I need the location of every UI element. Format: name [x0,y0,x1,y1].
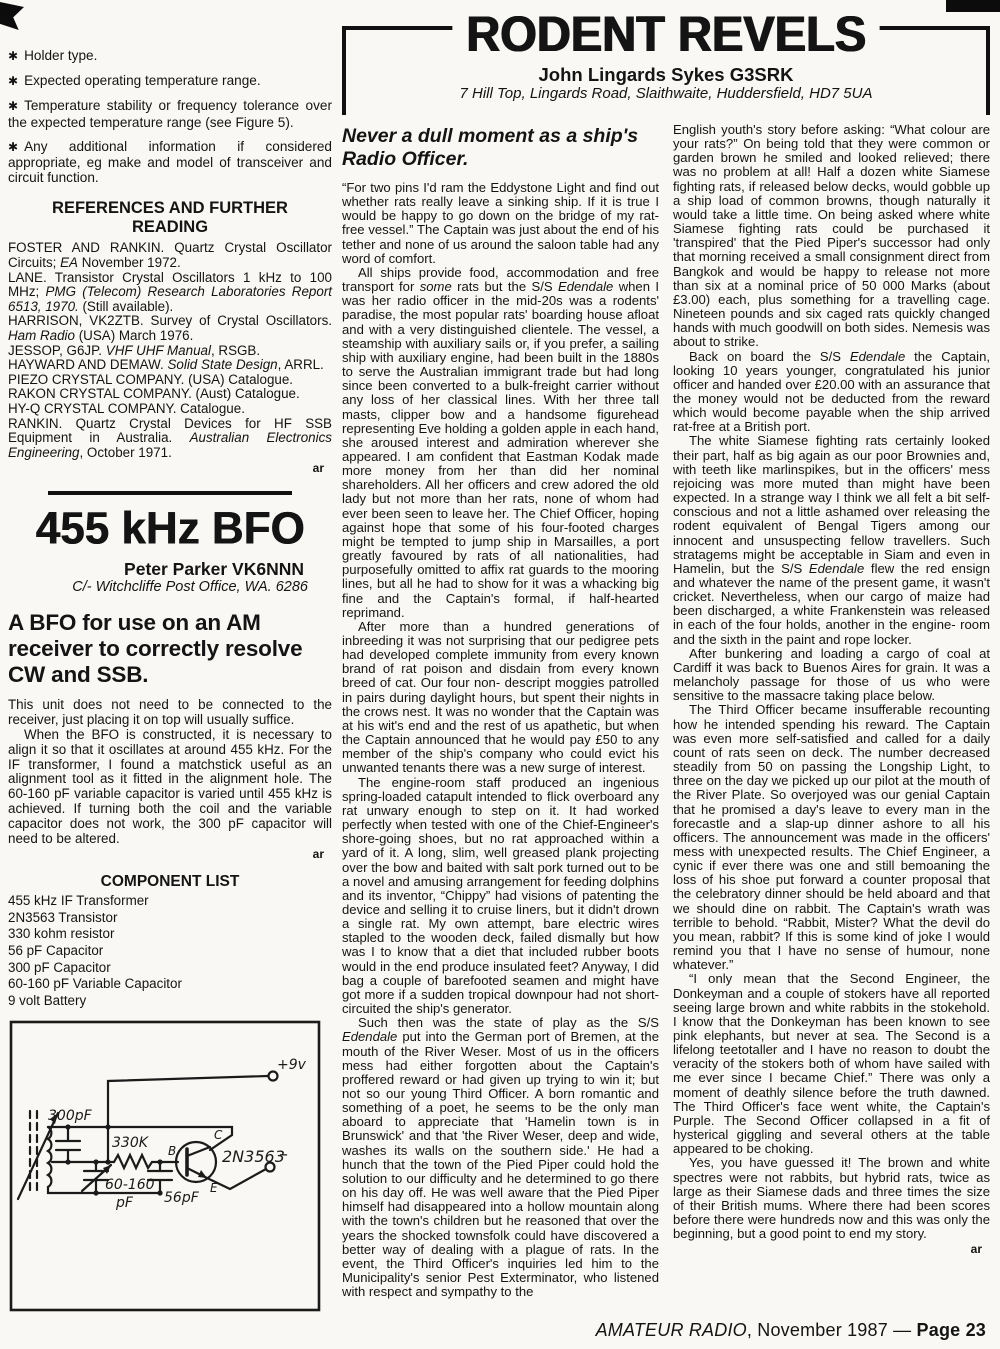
reference-entry: PIEZO CRYSTAL COMPANY. (USA) Catalogue. [8,373,332,388]
footer-page-number: Page 23 [917,1320,986,1340]
article-paragraph: After more than a hundred generations of… [342,620,659,776]
emitter-arrowhead [198,1170,207,1178]
bfo-standfirst: A BFO for use on an AM receiver to corre… [8,610,332,688]
article-area: RODENT REVELS John Lingards Sykes G3SRK … [342,0,990,1349]
article-paragraph: “I only mean that the Second Engineer, t… [673,972,990,1156]
reference-entry: LANE. Transistor Crystal Oscillators 1 k… [8,271,332,315]
page-footer: AMATEUR RADIO, November 1987 — Page 23 [596,1320,986,1341]
component-list: 455 kHz IF Transformer 2N3563 Transistor… [8,893,332,1009]
diagram-label-60-160: 60-160 [105,1177,155,1193]
reference-entry: RAKON CRYSTAL COMPANY. (Aust) Catalogue. [8,387,332,402]
bullet-item: ✱Any additional information if considere… [8,139,332,186]
headline-row: RODENT REVELS [342,10,990,60]
asterisk-bullet-icon: ✱ [8,99,24,113]
reference-entry: HAYWARD AND DEMAW. Solid State Design, A… [8,358,332,373]
end-mark: ar [673,1243,990,1256]
footer-magazine-name: AMATEUR RADIO [596,1320,747,1340]
references-heading-line1: REFERENCES AND FURTHER [52,199,288,217]
end-mark: ar [8,462,332,475]
article-paragraph: Such then was the state of play as the S… [342,1016,659,1299]
article-paragraph: “For two pins I'd ram the Eddystone Ligh… [342,181,659,266]
bfo-article-title: 455 kHz BFO [8,504,332,554]
capacitor-arrowhead [103,1165,111,1174]
references-heading-line2: READING [132,218,208,236]
article-paragraph: After bunkering and loading a cargo of c… [673,647,990,704]
article-paragraph: The Third Officer became insufferable re… [673,703,990,972]
section-divider-rule [48,491,292,495]
article-paragraph: The engine-room staff produced an ingeni… [342,776,659,1017]
article-subheading: Never a dull moment as a ship's Radio Of… [342,125,659,171]
circuit-diagram: +9v – 300pF 330K B C E 2N3563 60-160 pF … [8,1019,332,1313]
diagram-label-emitter: E [210,1181,218,1195]
reference-entry: RANKIN. Quartz Crystal Devices for HF SS… [8,417,332,461]
component-list-heading: COMPONENT LIST [8,873,332,891]
article-paragraph: All ships provide food, accommodation an… [342,266,659,620]
references-heading: REFERENCES AND FURTHER READING [8,199,332,237]
diagram-label-collector: C [214,1128,223,1142]
bullet-item: ✱Holder type. [8,48,332,64]
reference-entry: HY-Q CRYSTAL COMPANY. Catalogue. [8,402,332,417]
component-item: 60-160 pF Variable Capacitor [8,976,332,993]
bfo-paragraph: This unit does not need to be connected … [8,698,332,728]
references-list: FOSTER AND RANKIN. Quartz Crystal Oscill… [8,241,332,460]
bullet-text: Expected operating temperature range. [24,73,261,88]
asterisk-bullet-icon: ✱ [8,140,24,154]
bullet-item: ✱Expected operating temperature range. [8,73,332,89]
article-columns: Never a dull moment as a ship's Radio Of… [342,123,990,1349]
component-item: 330 kohm resistor [8,926,332,943]
diagram-label-transistor: 2N3563 [222,1147,285,1166]
bullet-item: ✱Temperature stability or frequency tole… [8,98,332,129]
asterisk-bullet-icon: ✱ [8,49,24,63]
diagram-label-base: B [168,1144,176,1158]
byline-author: John Lingards Sykes G3SRK [356,64,976,85]
capacitor-300pf [56,1127,80,1162]
article-paragraph: English youth's story before asking: “Wh… [673,123,990,350]
article-paragraph: Back on board the S/S Edendale the Capta… [673,350,990,435]
end-mark: ar [8,848,332,861]
left-column: ✱Holder type. ✱Expected operating temper… [8,0,342,1349]
diagram-label-56pf: 56pF [164,1190,200,1206]
bfo-author: Peter Parker VK6NNN [8,559,332,579]
transistor-collector [187,1147,210,1156]
reference-entry: JESSOP, G6JP. VHF UHF Manual, RSGB. [8,344,332,359]
footer-issue: , November 1987 — [747,1320,917,1340]
bfo-schematic-svg: +9v – 300pF 330K B C E 2N3563 60-160 pF … [8,1019,322,1313]
component-item: 56 pF Capacitor [8,943,332,960]
bfo-body: This unit does not need to be connected … [8,698,332,846]
bfo-paragraph: When the BFO is constructed, it is neces… [8,728,332,846]
bullet-text: Any additional information if considered… [8,139,332,185]
component-item: 9 volt Battery [8,993,332,1010]
subheading-line2: Radio Officer. [342,148,468,170]
diagram-label-300pf: 300pF [48,1108,93,1124]
article-headline: RODENT REVELS [452,9,879,62]
subheading-line1: Never a dull moment as a ship's [342,125,638,147]
component-item: 455 kHz IF Transformer [8,893,332,910]
reference-entry: FOSTER AND RANKIN. Quartz Crystal Oscill… [8,241,332,270]
bfo-author-address: C/- Witchcliffe Post Office, WA. 6286 [8,579,332,596]
diagram-label-330k: 330K [112,1135,150,1151]
magazine-page: ✱Holder type. ✱Expected operating temper… [0,0,1000,1349]
reference-entry: HARRISON, VK2ZTB. Survey of Crystal Osci… [8,314,332,343]
diagram-label-pf: pF [115,1195,134,1211]
article-paragraph: The white Siamese fighting rats certainl… [673,434,990,646]
component-item: 2N3563 Transistor [8,910,332,927]
article-paragraph: Yes, you have guessed it! The brown and … [673,1156,990,1241]
bullet-list: ✱Holder type. ✱Expected operating temper… [8,48,332,185]
diagram-label-plus9v: +9v [277,1057,307,1073]
article-column-1: Never a dull moment as a ship's Radio Of… [342,123,659,1349]
bullet-text: Temperature stability or frequency toler… [8,98,332,129]
asterisk-bullet-icon: ✱ [8,74,24,88]
component-item: 300 pF Capacitor [8,960,332,977]
diagram-frame [11,1022,319,1310]
article-column-2: English youth's story before asking: “Wh… [673,123,990,1349]
byline-address: 7 Hill Top, Lingards Road, Slaithwaite, … [356,85,976,103]
bullet-text: Holder type. [24,48,97,63]
